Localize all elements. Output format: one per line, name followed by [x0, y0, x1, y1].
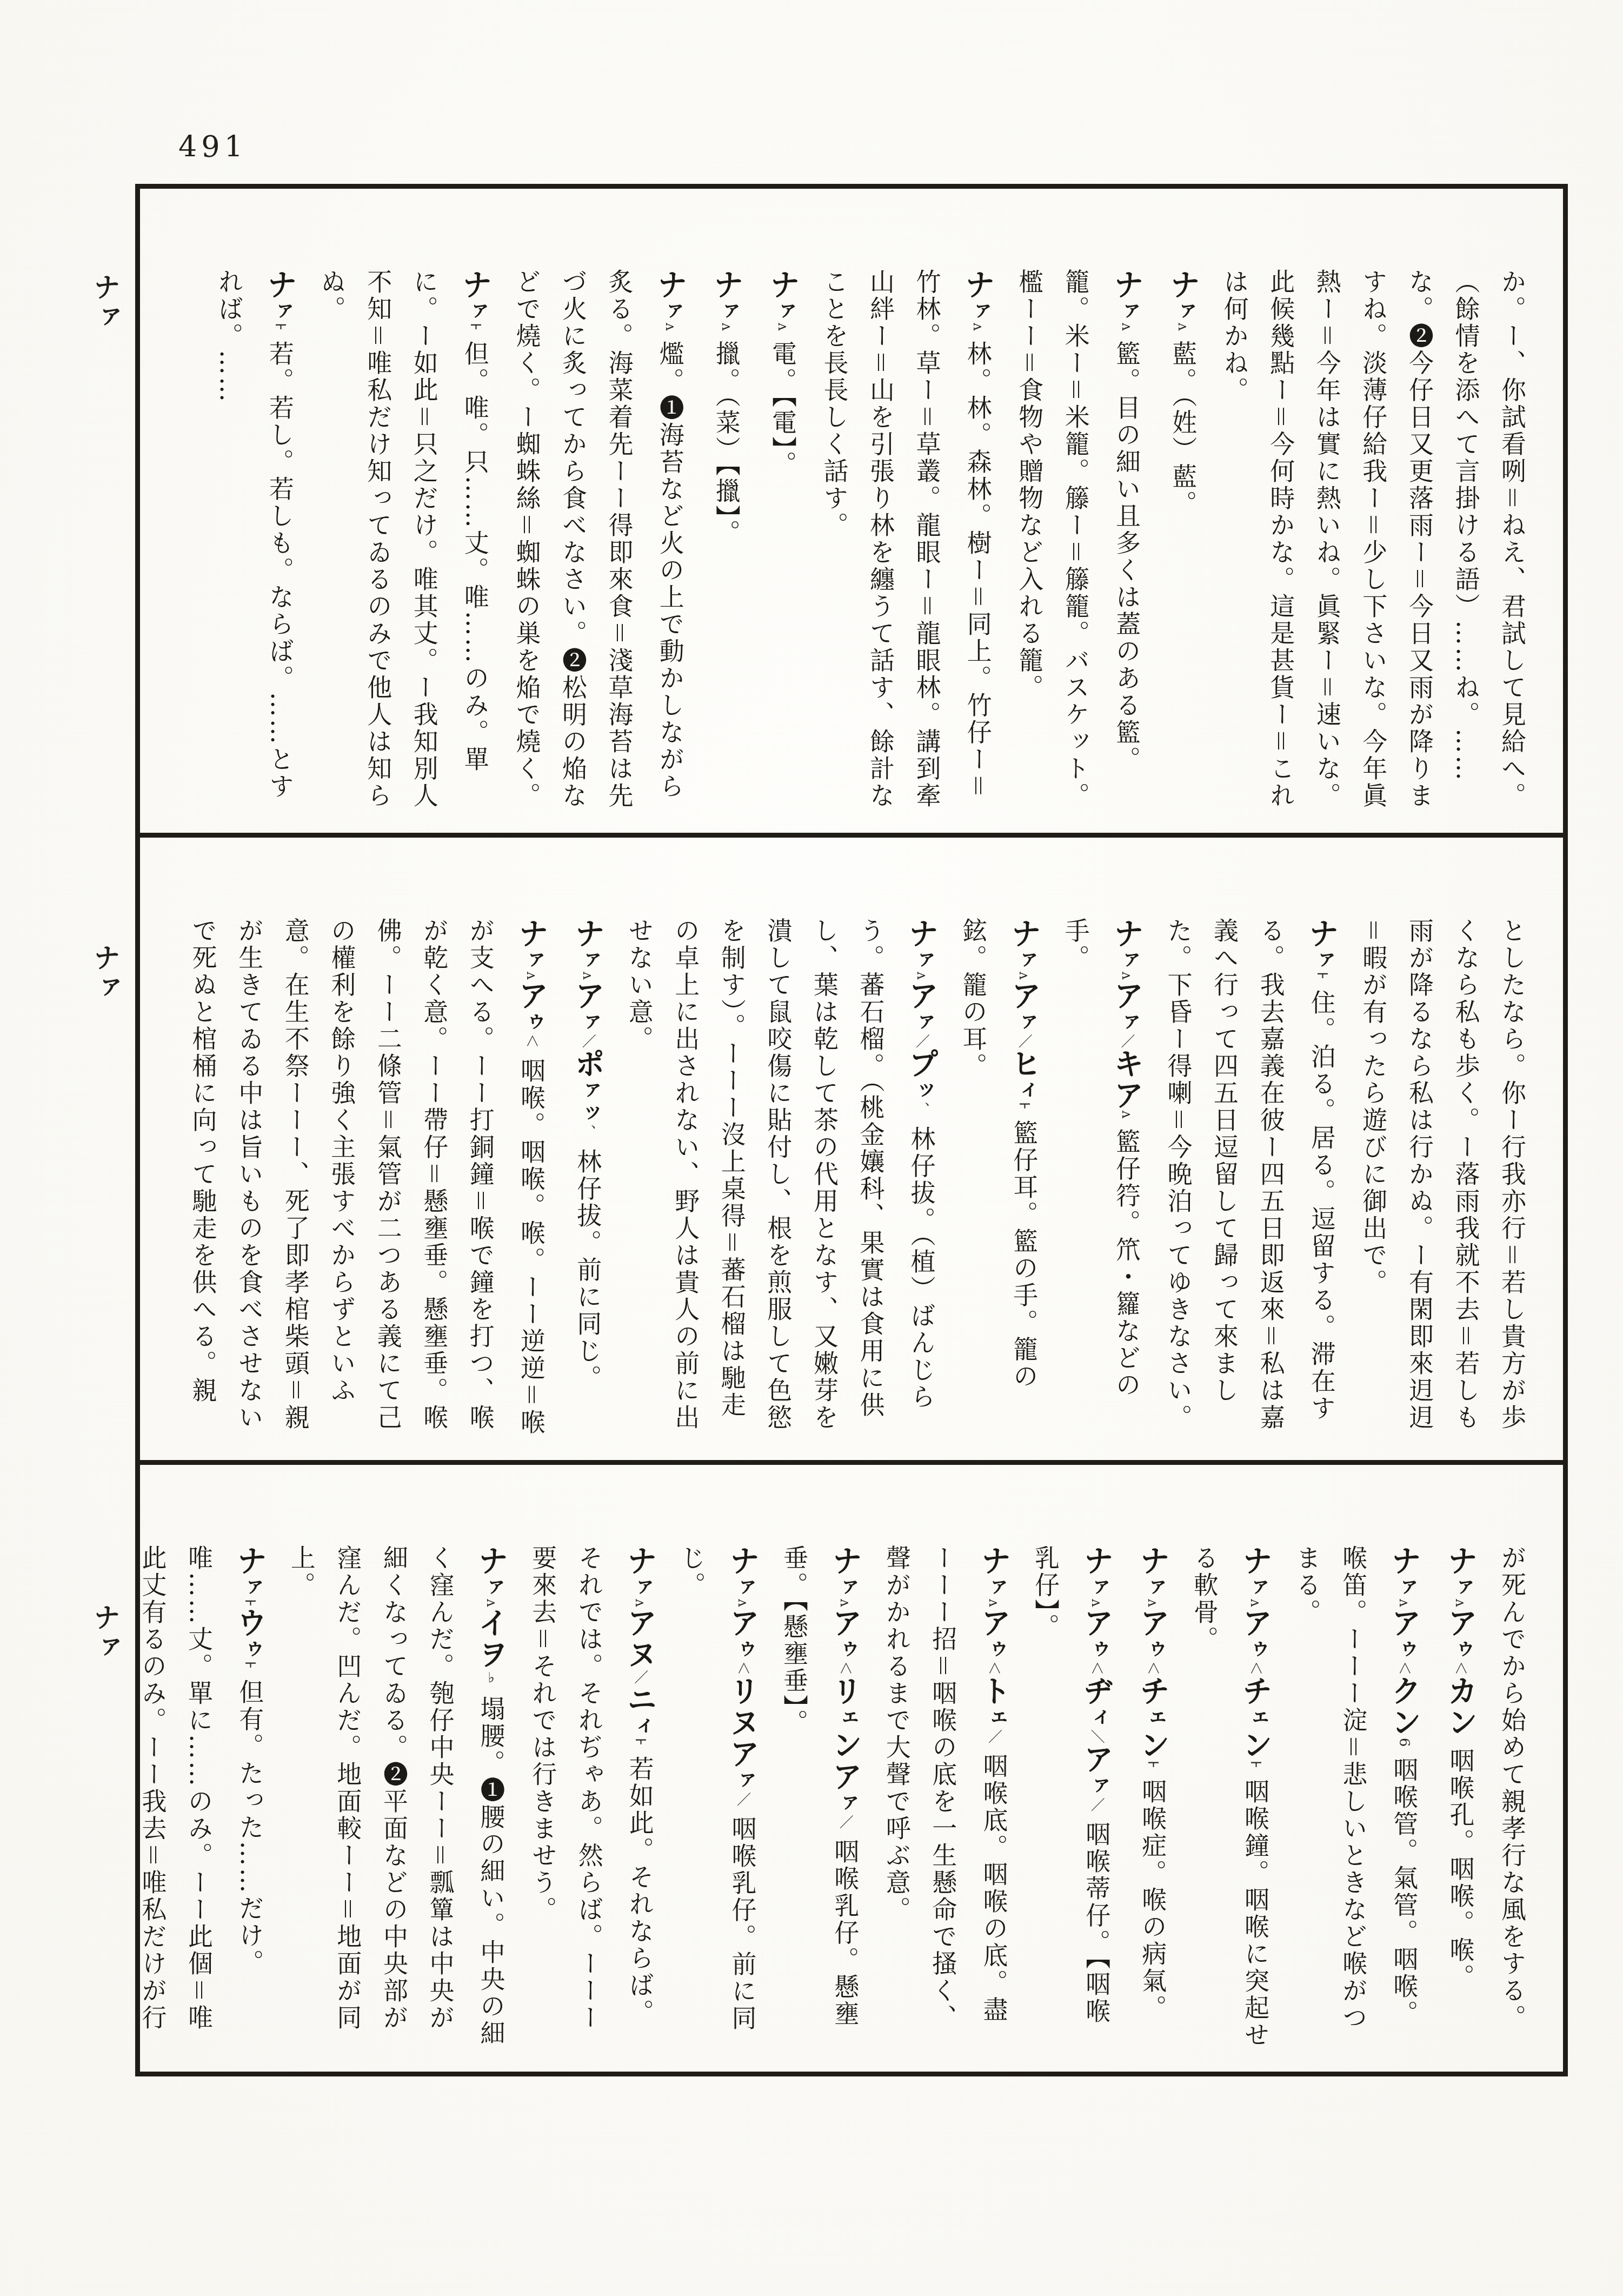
dictionary-entry: ナァʌ籃。目の細い且多くは蓋のある籃。籠。米ー＝米籠。籐ー＝籐籠。バスケット。檻… [1006, 269, 1155, 810]
tone-mark: ／ [735, 1792, 751, 1806]
headword-syllable: アゥ [976, 1607, 1012, 1661]
headword-kana: ェ [833, 1707, 858, 1729]
headword-syllable: アゥ [725, 1607, 761, 1661]
headword-kana: ア [622, 1607, 658, 1638]
headword-kana: ァ [1084, 1775, 1109, 1797]
tone-mark: ⊦ [467, 323, 483, 331]
headword-kana: ァ [575, 1011, 601, 1034]
tone-mark: ʌ [837, 1599, 853, 1607]
headword-kana: プ [904, 1048, 940, 1079]
headword-kana: ァ [730, 1769, 756, 1792]
dictionary-entry: ナァ⊦但。唯。只……丈。唯……のみ。單に。ー如此＝只之だけ。唯其丈。ー我知別人不… [308, 269, 503, 810]
headword-kana: ア [827, 1607, 863, 1638]
headword-kana: ナ [474, 1545, 509, 1576]
headword-kana: ナ [1109, 918, 1145, 949]
dictionary-entry: ナァʌイヲ♭塌腰。❶腰の細い。中央の細く窪んだ。匏仔中央ーー＝瓢簞は中央が細くな… [278, 1545, 519, 2049]
band-middle-text: としたなら。你ー行我亦行＝若し貴方が歩くなら私も歩く。ー落雨我就不去＝若しも雨が… [140, 838, 1563, 1460]
entry-headword: ナァʌアゥ＜ [517, 918, 546, 1058]
headword-kana: ウ [232, 1607, 268, 1638]
band-top: か。ー、你試看咧＝ねえ、君試して見給へ。（餘情を添へて言掛ける語）……ね。……な… [140, 189, 1563, 833]
headword-syllable: ナァ [1238, 1545, 1273, 1599]
dictionary-entry: ナァʌアゥ＜チェン⊦咽喉症。喉の病氣。 [1125, 1545, 1181, 2049]
entry-definition-text: が死んでから始めて親孝行な風をする。 [1498, 1545, 1527, 2032]
headword-kana: ヂ [1079, 1675, 1114, 1707]
entry-definition-text: 林仔拔。（植）ばんじらう。蕃石榴。（桃金孃科、果實は食用に供し、葉は乾して茶の代… [625, 918, 936, 1431]
entry-definition-text: 籃。目の細い且多くは蓋のある籃。籠。米ー＝米籠。籐ー＝籐籠。バスケット。檻ーー＝… [1015, 269, 1141, 809]
headword-kana: ア [904, 980, 940, 1011]
entry-definition-text: 林。林。森林。樹ー＝同上。竹仔ー＝竹林。草ー＝草叢。龍眼ー＝龍眼林。講到牽山絆ー… [820, 269, 993, 809]
headword-kana: ナ [1442, 1545, 1478, 1576]
tone-mark: 、 [580, 1125, 596, 1139]
dictionary-entry: ナァʌ擸。（菜）【擸】。 [699, 269, 755, 810]
tone-mark: ／ [580, 1034, 596, 1048]
headword-kana: ア [514, 980, 549, 1011]
dictionary-entry: ナァʌ林。林。森林。樹ー＝同上。竹仔ー＝竹林。草ー＝草叢。龍眼ー＝龍眼林。講到牽… [811, 269, 1006, 810]
headword-kana: ナ [457, 269, 493, 300]
headword-kana: ア [1006, 980, 1042, 1011]
headword-kana: ァ [575, 949, 601, 972]
headword-kana: ィ [1012, 1079, 1037, 1102]
entry-headword: ナァʌアゥ＜クン6 [1389, 1545, 1419, 1756]
band-bottom: が死んでから始めて親孝行な風をする。ナァʌアゥ＜カン咽喉孔。咽喉。喉。ナァʌアゥ… [140, 1465, 1563, 2072]
entry-definition-text: 咽喉。咽喉。喉。ーー逆逆＝喉が支へる。ーー打銅鐘＝喉で鐘を打つ、喉が乾く意。ーー… [189, 918, 546, 1436]
entry-definition-text: 但。唯。只……丈。唯……のみ。單に。ー如此＝只之だけ。唯其丈。ー我知別人不知＝唯… [317, 269, 490, 809]
tone-mark: ʌ [1452, 1599, 1468, 1607]
headword-syllable: リェン [827, 1675, 863, 1761]
entry-headword: ナァ⊦ [461, 269, 490, 341]
entry-headword: ナァʌ [963, 269, 993, 341]
tone-mark: ʌ [1088, 1599, 1105, 1607]
tone-mark: ⊦ [1247, 1761, 1263, 1769]
headword-syllable: アゥ [827, 1607, 863, 1661]
headword-kana: ァ [1448, 1576, 1473, 1599]
dictionary-entry: ナァʌアゥ＜カン咽喉孔。咽喉。喉。 [1432, 1545, 1488, 2049]
headword-kana: キ [1109, 1048, 1145, 1079]
tone-mark: ＜ [837, 1661, 853, 1675]
band-middle: としたなら。你ー行我亦行＝若し貴方が歩くなら私も歩く。ー落雨我就不去＝若しも雨が… [140, 838, 1563, 1460]
headword-syllable: アァ [1006, 980, 1042, 1034]
tone-mark: ⊦ [272, 323, 288, 331]
headword-syllable: ナァ [976, 1545, 1012, 1599]
tone-mark: ʌ [662, 323, 679, 331]
entry-definition-text: 咽喉症。喉の病氣。 [1138, 1778, 1167, 2021]
dictionary-entry: ナァʌアァ／キアʌ籃仔筕。笊・籮などの手。 [1052, 918, 1155, 1437]
headword-kana: ゥ [1084, 1638, 1109, 1661]
entry-headword: ナァʌアァ／ヒィ⊦ [1009, 918, 1039, 1119]
headword-kana: ゥ [1243, 1638, 1268, 1661]
tone-mark: ʌ [914, 972, 930, 980]
headword-kana: ア [1135, 1607, 1170, 1638]
tone-mark: ʌ [719, 323, 735, 331]
headword-kana: ァ [463, 300, 488, 323]
headword-syllable: ナァ [262, 269, 298, 323]
dictionary-entry: ナァ⊦住。泊る。居る。逗留する。滞在する。我去嘉義在彼ー四五日即返來＝私は嘉義へ… [1155, 918, 1350, 1437]
dictionary-entry: ナァʌアゥ＜咽喉。咽喉。喉。ーー逆逆＝喉が支へる。ーー打銅鐘＝喉で鐘を打つ、喉が… [179, 918, 560, 1437]
dictionary-entry-continuation: としたなら。你ー行我亦行＝若し貴方が歩くなら私も歩く。ー落雨我就不去＝若しも雨が… [1350, 918, 1535, 1437]
headword-syllable: クン [1386, 1675, 1422, 1738]
headword-kana: ナ [709, 269, 744, 300]
headword-kana: ィ [1084, 1707, 1109, 1729]
headword-syllable: ウゥ [232, 1607, 268, 1661]
headword-kana: ナ [570, 918, 606, 949]
headword-kana: ァ [714, 300, 740, 323]
dictionary-entry: ナァʌアァ／ヒィ⊦籃仔耳。籃の手。籠の鉉。籠の耳。 [950, 918, 1053, 1437]
headword-kana: ァ [1114, 300, 1140, 323]
margin-guide-label-middle: ナァ [85, 944, 124, 1004]
headword-syllable: ナァ [570, 918, 606, 972]
headword-kana: ゥ [833, 1638, 858, 1661]
headword-kana: ァ [981, 1576, 1007, 1599]
tone-mark: ＼ [1088, 1729, 1105, 1743]
headword-kana: ナ [1109, 269, 1145, 300]
tone-mark: ＜ [986, 1661, 1002, 1675]
headword-syllable: ナァ [232, 1545, 268, 1599]
headword-kana: ァ [658, 300, 683, 323]
headword-syllable: キア [1109, 1048, 1145, 1111]
headword-syllable: ナァ [622, 1545, 658, 1599]
tone-mark: ʌ [1247, 1599, 1263, 1607]
dictionary-entry: ナァʌアゥ＜クン6咽喉管。氣管。咽喉。喉笛。ーーー淀＝悲しいときなど喉がつまる。 [1283, 1545, 1432, 2049]
headword-syllable: アゥ [1238, 1607, 1273, 1661]
tone-mark: ʌ [735, 1599, 751, 1607]
tone-mark: ʌ [1145, 1599, 1161, 1607]
tone-mark: 6 [1396, 1738, 1412, 1747]
headword-kana: ェ [1243, 1707, 1268, 1729]
headword-kana: ナ [827, 1545, 863, 1576]
entry-definition-text: 爁。❶海苔など火の上で動かしながら炙る。海菜着先ーー得即來食＝淺草海苔は先づ火に… [512, 269, 684, 809]
headword-kana: ナ [1386, 1545, 1422, 1576]
headword-kana: ア [1079, 1607, 1114, 1638]
headword-kana: リ [725, 1675, 761, 1707]
headword-syllable: ナァ [827, 1545, 863, 1599]
headword-kana: ク [1386, 1675, 1422, 1707]
entry-headword: ナァʌ [656, 269, 685, 341]
headword-syllable: アァ [1079, 1743, 1114, 1797]
headword-kana: ゥ [1392, 1638, 1417, 1661]
headword-syllable: ナァ [1386, 1545, 1422, 1599]
tone-mark: ＜ [1396, 1661, 1412, 1675]
dictionary-entry: ナァʌアヌ／ニィ⊦若如此。それならば。それでは。それぢゃあ。然らば。ーーー要來去… [520, 1545, 668, 2049]
tone-mark: ＜ [1452, 1661, 1468, 1675]
headword-syllable: ナァ [514, 918, 549, 972]
headword-syllable: アァ [904, 980, 940, 1034]
headword-kana: ァ [1084, 1576, 1109, 1599]
tone-mark: ʌ [970, 323, 986, 331]
entry-headword: ナァ⊦ウゥ⊦ [235, 1545, 264, 1679]
entry-headword: ナァʌアゥ＜チェン⊦ [1138, 1545, 1167, 1778]
tone-mark: ＜ [1247, 1661, 1263, 1675]
headword-kana: ナ [960, 269, 996, 300]
tone-mark: ＜ [1088, 1661, 1105, 1675]
headword-kana: ア [976, 1607, 1012, 1638]
headword-syllable: プッ [904, 1048, 940, 1102]
headword-kana: ン [1135, 1729, 1170, 1761]
headword-kana: ァ [519, 949, 544, 972]
entry-headword: ナァʌアァ／プッ、 [907, 918, 936, 1126]
headword-syllable: イヲ [474, 1607, 509, 1670]
tone-mark: ／ [1016, 1034, 1032, 1048]
headword-kana: ァ [1309, 949, 1335, 972]
headword-syllable: アァ [827, 1761, 863, 1815]
band-divider-rule-1 [140, 833, 1563, 838]
tone-mark: 、 [914, 1102, 930, 1116]
headword-kana: ア [827, 1761, 863, 1792]
headword-syllable: トェ [976, 1675, 1012, 1729]
headword-syllable: ニィ [622, 1684, 658, 1738]
headword-kana: リ [827, 1675, 863, 1707]
tone-mark: ／ [986, 1729, 1002, 1743]
tone-mark: ⊦ [1314, 972, 1330, 980]
entry-headword: ナァʌ [768, 269, 797, 341]
headword-syllable: カン [1442, 1675, 1478, 1738]
headword-kana: ァ [966, 300, 991, 323]
tone-mark: ⊦ [242, 1661, 258, 1669]
entry-headword: ナァʌ [712, 269, 741, 341]
page-number: 491 [178, 130, 247, 164]
tone-mark: ʌ [523, 972, 540, 980]
headword-kana: ゥ [981, 1638, 1007, 1661]
tone-mark: ＜ [1145, 1661, 1161, 1675]
entry-definition-text: 若。若し。若しも。ならば。……とすれば。…… [215, 269, 295, 800]
headword-syllable: ヒィ [1006, 1048, 1042, 1102]
entry-headword: ナァʌイヲ♭ [477, 1545, 506, 1696]
entry-headword: ナァ⊦ [1307, 918, 1336, 990]
headword-syllable: ナァ [765, 269, 801, 323]
entry-headword: ナァʌ [1112, 269, 1141, 341]
dictionary-entry: ナァʌアゥ＜チェン⊦咽喉鐘。咽喉に突起せる軟骨。 [1181, 1545, 1283, 2049]
dictionary-entry: ナァʌアゥ＜ヂィ＼アァ／咽喉蒂仔。【咽喉乳仔】。 [1022, 1545, 1125, 2049]
headword-kana: ア [1079, 1743, 1114, 1775]
entry-headword: ナァʌアァ／ポァッ、 [573, 918, 602, 1149]
headword-kana: ナ [262, 269, 298, 300]
headword-kana: ン [827, 1729, 863, 1761]
headword-kana: チ [1238, 1675, 1273, 1707]
headword-syllable: アゥ [514, 980, 549, 1034]
headword-kana: ァ [770, 300, 796, 323]
headword-syllable: アゥ [1079, 1607, 1114, 1661]
headword-kana: ヒ [1006, 1048, 1042, 1079]
headword-syllable: ナァ [960, 269, 996, 323]
tone-mark: ＜ [735, 1661, 751, 1675]
headword-syllable: ナァ [1442, 1545, 1478, 1599]
headword-syllable: ナァ [904, 918, 940, 972]
headword-kana: ァ [1114, 1011, 1140, 1034]
entry-headword: ナァʌアゥ＜リェンアァ／ [830, 1545, 860, 1839]
tone-mark: ʌ [580, 972, 596, 980]
headword-kana: ッ [909, 1079, 935, 1102]
tone-mark: ／ [1088, 1797, 1105, 1811]
dictionary-entry: ナァʌ藍。（姓）藍。 [1155, 269, 1211, 810]
dictionary-entry: ナァ⊦ウゥ⊦但有。たった……だけ。唯……丈。單に……のみ。ーー此個＝唯此丈有るの… [140, 1545, 278, 2049]
headword-kana: ナ [232, 1545, 268, 1576]
headword-kana: ヲ [474, 1638, 509, 1670]
headword-syllable: ヂィ [1079, 1675, 1114, 1729]
margin-guide-label-bottom: ナァ [85, 1603, 124, 1664]
tone-mark: ʌ [632, 1599, 648, 1607]
headword-kana: ァ [237, 1576, 263, 1599]
headword-syllable: アヌ [622, 1607, 658, 1670]
headword-kana: ア [1109, 980, 1145, 1011]
entry-headword: ナァʌ [1168, 269, 1198, 341]
entry-definition-text: としたなら。你ー行我亦行＝若し貴方が歩くなら私も歩く。ー落雨我就不去＝若しも雨が… [1359, 918, 1527, 1431]
headword-kana: ナ [976, 1545, 1012, 1576]
tone-mark: ⊦ [632, 1738, 648, 1746]
entry-headword: ナァʌアァ／キアʌ [1112, 918, 1141, 1128]
tone-mark: ʌ [986, 1599, 1002, 1607]
headword-kana: ィ [628, 1715, 653, 1738]
dictionary-entry: ナァʌアァ／ポァッ、林仔拔。前に同じ。 [560, 918, 616, 1437]
tone-mark: ʌ [1119, 1111, 1135, 1119]
dictionary-entry: ナァʌ電。【電】。 [755, 269, 811, 810]
dictionary-entry: ナァʌアァ／プッ、林仔拔。（植）ばんじらう。蕃石榴。（桃金孃科、果實は食用に供し… [616, 918, 949, 1437]
tone-mark: ／ [837, 1815, 853, 1829]
headword-kana: ゥ [237, 1638, 263, 1661]
headword-syllable: リヌ [725, 1675, 761, 1738]
headword-syllable: アァ [725, 1738, 761, 1792]
dictionary-entry: ナァʌアゥ＜トェ／咽喉底。咽喉の底。盡ーーー招＝咽喉の底を一生懸命で搔く、聲がか… [873, 1545, 1022, 2049]
tone-mark: ♭ [483, 1670, 500, 1686]
headword-syllable: ナァ [1006, 918, 1042, 972]
headword-kana: ゥ [730, 1638, 756, 1661]
headword-kana: ヌ [725, 1707, 761, 1738]
entry-definition-text: 擸。（菜）【擸】。 [712, 341, 741, 547]
headword-kana: ゥ [1448, 1638, 1473, 1661]
headword-kana: ナ [1304, 918, 1340, 949]
headword-syllable: ナァ [725, 1545, 761, 1599]
band-bottom-text: が死んでから始めて親孝行な風をする。ナァʌアゥ＜カン咽喉孔。咽喉。喉。ナァʌアゥ… [140, 1465, 1563, 2072]
headword-kana: ァ [730, 1576, 756, 1599]
headword-kana: ナ [1079, 1545, 1114, 1576]
headword-kana: ア [1109, 1079, 1145, 1111]
headword-syllable: ナァ [1135, 1545, 1170, 1599]
headword-kana: ナ [1135, 1545, 1170, 1576]
tone-mark: ʌ [775, 323, 791, 331]
dictionary-page: 491 ナァ ナァ ナァ か。ー、你試看咧＝ねえ、君試して見給へ。（餘情を添へて… [0, 0, 1623, 2296]
entry-definition-text: 藍。（姓）藍。 [1168, 341, 1198, 517]
tone-mark: ⊦ [1016, 1102, 1032, 1110]
tone-mark: ʌ [1119, 972, 1135, 980]
headword-kana: ア [725, 1738, 761, 1769]
band-top-text: か。ー、你試看咧＝ねえ、君試して見給へ。（餘情を添へて言掛ける語）……ね。……な… [140, 189, 1563, 833]
headword-kana: ァ [575, 1079, 601, 1102]
tone-mark: ⊦ [1145, 1761, 1161, 1769]
headword-kana: ェ [981, 1707, 1007, 1729]
headword-syllable: アァ [1109, 980, 1145, 1034]
headword-kana: ァ [909, 1011, 935, 1034]
headword-syllable: ナァ [653, 269, 688, 323]
tone-mark: ʌ [1016, 972, 1032, 980]
headword-kana: ア [1442, 1607, 1478, 1638]
entry-headword: ナァʌアゥ＜トェ／ [979, 1545, 1008, 1753]
tone-mark: ʌ [1119, 323, 1135, 331]
entry-definition-text: 住。泊る。居る。逗留する。滞在する。我去嘉義在彼ー四五日即返來＝私は嘉義へ行って… [1164, 918, 1336, 1431]
headword-syllable: チェン [1238, 1675, 1273, 1761]
headword-kana: ァ [1140, 1576, 1166, 1599]
headword-kana: ァ [1243, 1576, 1268, 1599]
dictionary-entry: ナァʌアゥ＜リェンアァ／咽喉乳仔。懸壅垂。【懸壅垂】。 [771, 1545, 874, 2049]
headword-syllable: アゥ [1386, 1607, 1422, 1661]
page-frame: か。ー、你試看咧＝ねえ、君試して見給へ。（餘情を添へて言掛ける語）……ね。……な… [135, 184, 1568, 2076]
headword-syllable: ナァ [1165, 269, 1201, 323]
headword-kana: ナ [622, 1545, 658, 1576]
tone-mark: ／ [632, 1670, 648, 1684]
headword-kana: チ [1135, 1675, 1170, 1707]
headword-kana: ァ [628, 1576, 653, 1599]
headword-kana: ナ [1165, 269, 1201, 300]
headword-kana: ェ [1140, 1707, 1166, 1729]
headword-kana: ァ [909, 949, 935, 972]
headword-kana: ア [725, 1607, 761, 1638]
dictionary-entry-continuation: が死んでから始めて親孝行な風をする。 [1488, 1545, 1535, 2049]
headword-syllable: アァ [570, 980, 606, 1034]
margin-guide-label-top: ナァ [85, 273, 124, 334]
entry-headword: ナァʌアゥ＜リヌアァ／ [728, 1545, 757, 1816]
headword-kana: ナ [653, 269, 688, 300]
headword-syllable: アゥ [1135, 1607, 1170, 1661]
headword-kana: ゥ [1140, 1638, 1166, 1661]
headword-kana: ヌ [622, 1638, 658, 1670]
entry-definition-text: 林仔拔。前に同じ。 [573, 1149, 602, 1392]
entry-definition-text: 咽喉孔。咽喉。喉。 [1446, 1748, 1475, 1991]
headword-kana: ナ [1006, 918, 1042, 949]
headword-kana: ッ [575, 1102, 601, 1125]
entry-definition-text: 電。【電】。 [768, 341, 797, 478]
entry-definition-text: か。ー、你試看咧＝ねえ、君試して見給へ。（餘情を添へて言掛ける語）……ね。……な… [1220, 269, 1527, 809]
headword-syllable: チェン [1135, 1675, 1170, 1761]
headword-syllable: ナァ [709, 269, 744, 323]
headword-kana: イ [474, 1607, 509, 1638]
headword-kana: ァ [1012, 949, 1037, 972]
headword-kana: ァ [1114, 949, 1140, 972]
headword-kana: ァ [1012, 1011, 1037, 1034]
entry-headword: ナァ⊦ [265, 269, 295, 341]
headword-kana: カ [1442, 1675, 1478, 1707]
headword-syllable: ナァ [457, 269, 493, 323]
headword-kana: ァ [268, 300, 293, 323]
entry-headword: ナァʌアゥ＜カン [1446, 1545, 1475, 1748]
entry-headword: ナァʌアゥ＜ヂィ＼アァ／ [1082, 1545, 1111, 1821]
headword-kana: ン [1238, 1729, 1273, 1761]
headword-kana: ア [570, 980, 606, 1011]
headword-kana: ト [976, 1675, 1012, 1707]
headword-kana: ァ [479, 1576, 504, 1599]
headword-syllable: ナァ [1079, 1545, 1114, 1599]
tone-mark: ʌ [1175, 323, 1191, 331]
tone-mark: ＜ [523, 1034, 540, 1048]
headword-syllable: ナァ [474, 1545, 509, 1599]
dictionary-entry-continuation: か。ー、你試看咧＝ねえ、君試して見給へ。（餘情を添へて言掛ける語）……ね。……な… [1211, 269, 1535, 810]
tone-mark: ʌ [1396, 1599, 1412, 1607]
tone-mark: ／ [914, 1034, 930, 1048]
headword-kana: ナ [514, 918, 549, 949]
tone-mark: ／ [1119, 1034, 1135, 1048]
headword-kana: ァ [833, 1576, 858, 1599]
dictionary-entry: ナァ⊦若。若し。若しも。ならば。……とすれば。…… [205, 269, 308, 810]
tone-mark: ⊦ [242, 1599, 258, 1607]
headword-syllable: アゥ [1442, 1607, 1478, 1661]
headword-syllable: ナァ [1109, 918, 1145, 972]
headword-kana: ゥ [519, 1011, 544, 1034]
headword-syllable: ナァ [1109, 269, 1145, 323]
headword-syllable: ポァッ [570, 1048, 606, 1125]
headword-kana: ァ [1392, 1576, 1417, 1599]
headword-kana: ナ [904, 918, 940, 949]
headword-kana: ン [1442, 1707, 1478, 1738]
headword-kana: ナ [1238, 1545, 1273, 1576]
headword-kana: ァ [1170, 300, 1196, 323]
headword-kana: ナ [765, 269, 801, 300]
dictionary-entry: ナァʌアゥ＜リヌアァ／咽喉乳仔。前に同じ。 [668, 1545, 771, 2049]
